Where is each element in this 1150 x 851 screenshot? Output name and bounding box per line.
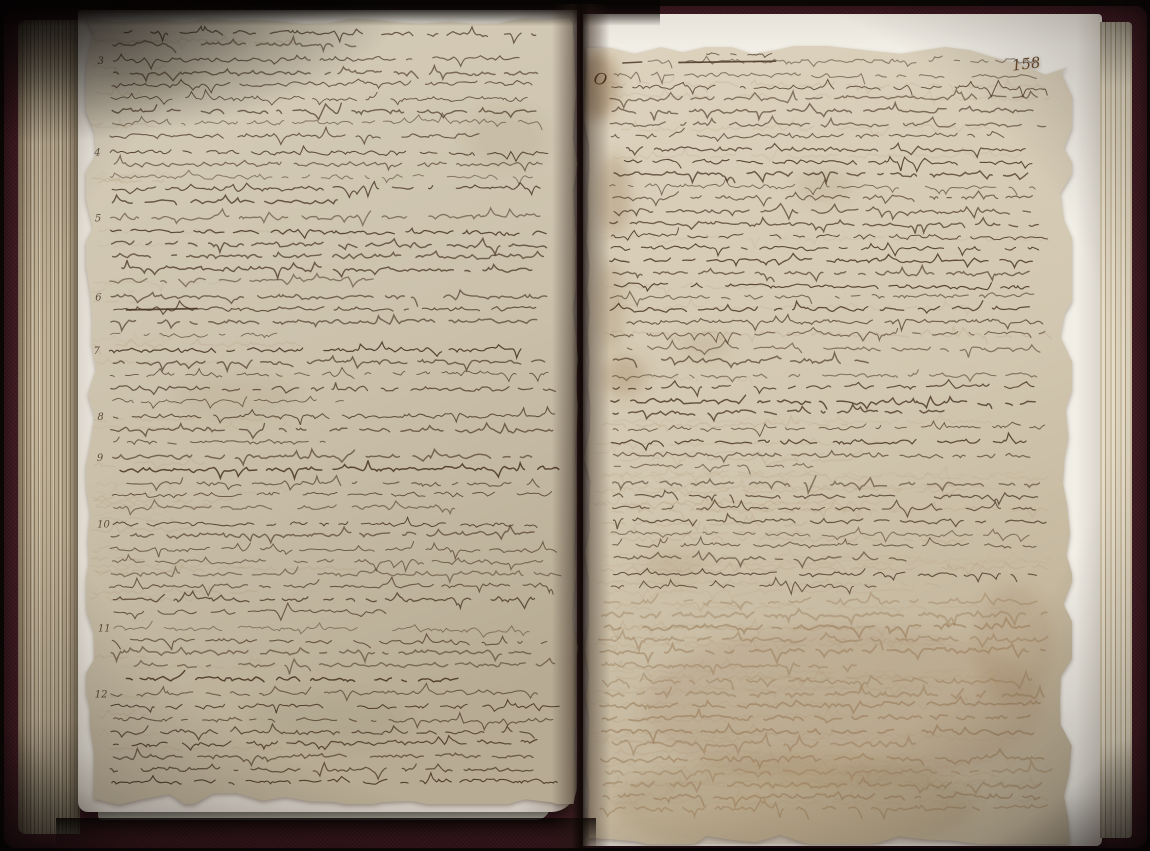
- left-manuscript-leaf: 3456789101112: [86, 18, 578, 804]
- section-number: 8: [97, 412, 103, 423]
- section-number: 4: [93, 147, 100, 158]
- folio-number: 158: [1011, 53, 1042, 74]
- section-number: 6: [95, 292, 102, 303]
- section-number: 12: [95, 690, 108, 701]
- manuscript-book-photo: 3456789101112 158O: [0, 0, 1150, 851]
- section-number: 10: [97, 519, 110, 530]
- right-manuscript-leaf: 158O: [584, 46, 1072, 844]
- right-page-edges: [1100, 22, 1132, 838]
- section-number: 11: [98, 623, 111, 634]
- page-fore-edge-stack: [18, 20, 80, 834]
- section-number: 9: [97, 453, 104, 464]
- section-number: 7: [94, 346, 101, 357]
- opening-dash: [622, 62, 642, 63]
- section-number: 5: [95, 214, 101, 225]
- section-number: 3: [98, 56, 104, 67]
